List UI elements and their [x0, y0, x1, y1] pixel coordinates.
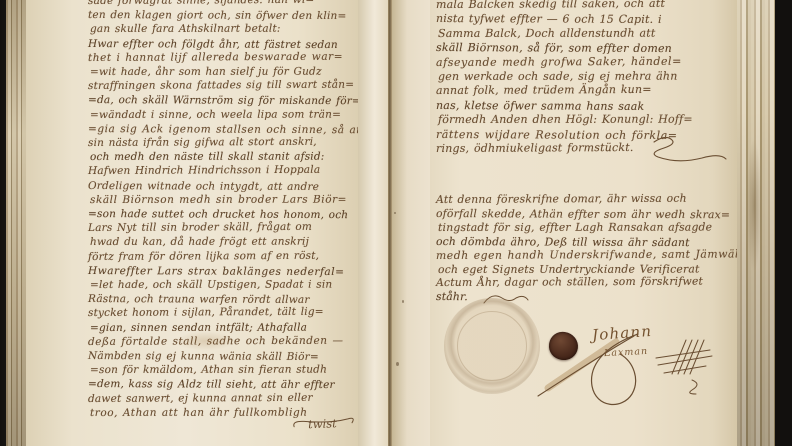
right-page-paragraph-2: Att denna föreskrifne domar, ähr wissa o…	[436, 193, 734, 304]
signature-crosshatch-flourish	[656, 334, 726, 404]
handwritten-text-line: förmedh Anden dhen Högl: Konungl: Hoff=	[438, 113, 728, 128]
handwritten-text-line: straffningen skona fattades sig till swa…	[88, 78, 358, 94]
handwritten-text-line: =son för kmäldom, Athan sin fieran studh	[90, 363, 360, 378]
handwritten-text-line: sade förwägrat sinne, sijandes: han wi=	[88, 0, 358, 8]
gutter-right-edge	[392, 0, 430, 446]
paper-speck	[402, 300, 404, 303]
catchword-flourish	[290, 415, 361, 433]
handwritten-text-line: =da, och skäll Wärnström sig för miskand…	[88, 93, 358, 108]
handwritten-text-line: hwad du kan, då hade frögt ett anskrij	[90, 235, 360, 250]
book-gutter	[358, 0, 430, 446]
handwritten-text-line: deßa förtalde stall, sadhe och bekänden …	[88, 333, 358, 349]
handwritten-text-line: =let hade, och skäll Upstigen, Spadat i …	[90, 278, 360, 293]
handwritten-text-line: mala Balcken skedig till saken, och att	[436, 0, 726, 12]
left-page-text: sade förwägrat sinne, sijandes: han wi=t…	[88, 0, 358, 420]
handwritten-text-line: Samma Balck, Doch alldenstundh att	[438, 26, 728, 41]
handwritten-text-line: gan skulle fara Athskilnart betalt:	[90, 22, 360, 37]
handwritten-text-line: medh egen handh Underskrifwande, samt Jä…	[436, 247, 734, 262]
catchword-wrap: twist	[294, 412, 337, 432]
handwritten-text-line: förtz fram för dören lijka som af en rös…	[88, 248, 358, 264]
handwritten-text-line: sin nästa ifrån sig gifwa alt stort ansk…	[88, 135, 358, 151]
handwritten-text-line: afseyande medh grofwa Saker, händel=	[436, 54, 726, 70]
handwritten-text-line: =wändadt i sinne, och weela lipa som trä…	[90, 107, 360, 122]
page-right: mala Balcken skedig till saken, och attn…	[430, 0, 737, 446]
handwritten-text-line: dawet sanwert, ej kunna annat sin eller	[88, 390, 358, 406]
page-left: sade förwägrat sinne, sijandes: han wi=t…	[26, 0, 358, 446]
fore-edge-shading	[737, 0, 775, 446]
handwritten-text-line: =gian, sinnen sendan intfält; Athafalla	[90, 320, 360, 335]
manuscript-photo: sade förwägrat sinne, sijandes: han wi=t…	[0, 0, 792, 446]
handwritten-text-line: Lars Nyt till sin broder skäll, frågat o…	[88, 220, 358, 236]
handwritten-text-line: Hafwen Hindrich Hindrichsson i Hoppala	[88, 163, 358, 179]
paper-speck	[394, 212, 396, 214]
paragraph-end-flourish	[644, 132, 734, 172]
gutter-left-curl	[358, 0, 388, 446]
handwritten-text-line: Att denna föreskrifne domar, ähr wissa o…	[436, 191, 734, 206]
handwritten-text-line: skäll Biörnson medh sin broder Lars Biör…	[90, 192, 360, 207]
handwritten-text-line: tingstadt för sig, effter Lagh Ransakan …	[438, 220, 736, 234]
handwritten-text-line: annat folk, med trüdem Ängån kun=	[436, 83, 726, 99]
handwritten-text-line: Actum Åhr, dagar och ställen, som förskr…	[436, 275, 734, 290]
signature-surname: Laxman	[604, 346, 649, 359]
paper-speck	[396, 362, 399, 366]
handwritten-text-line: stycket honom i sijlan, Pårandet, tält l…	[88, 305, 358, 321]
book-edge-right	[737, 0, 775, 446]
handwritten-text-line: thet i hannat lijf allereda beswarade wa…	[88, 49, 358, 65]
